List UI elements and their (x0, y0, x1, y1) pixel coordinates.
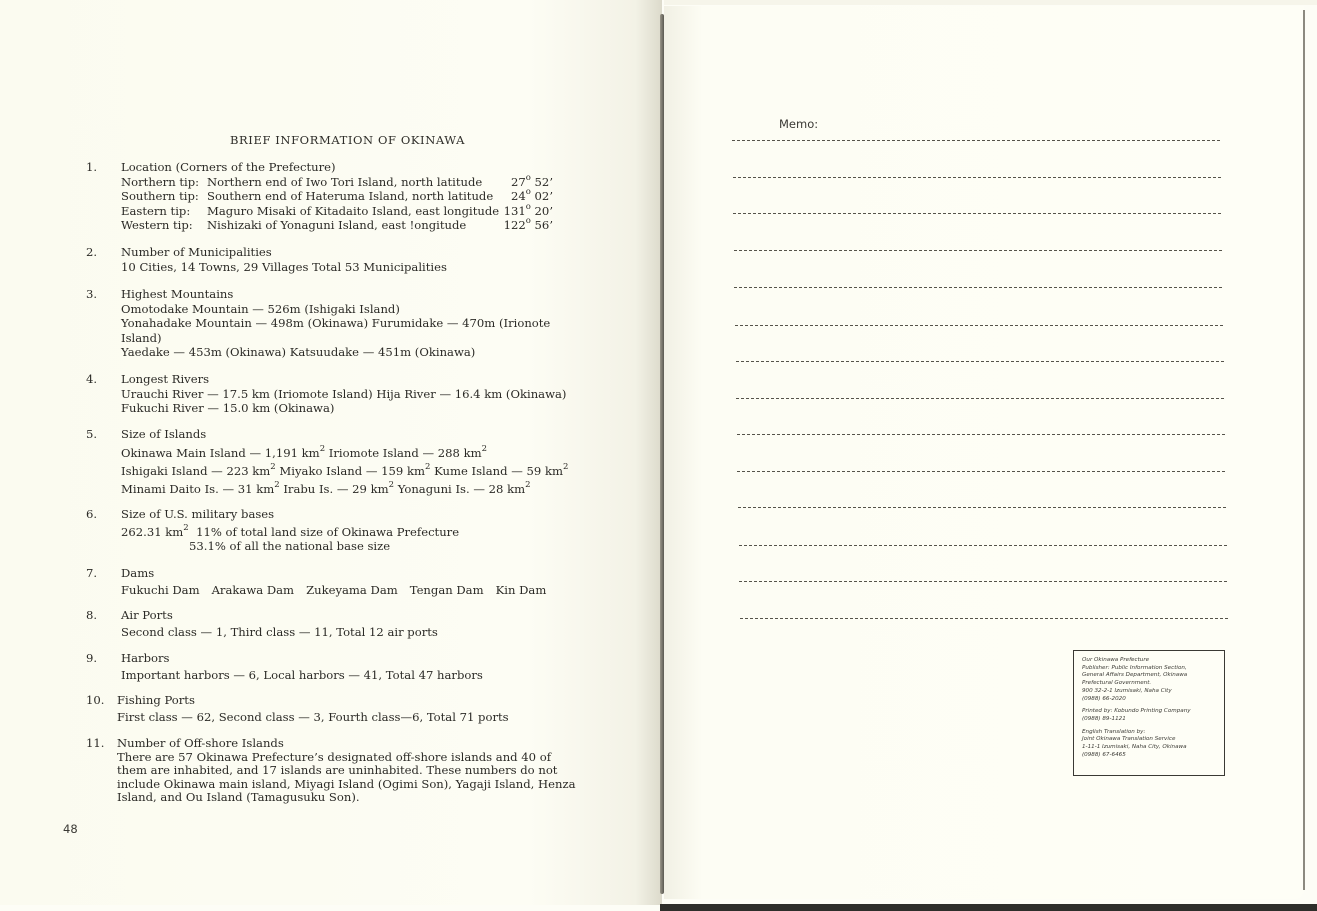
island-entry: Ishigaki Island — 223 km2 (121, 464, 276, 478)
tip-label: Western tip: (121, 218, 207, 233)
island-line: Ishigaki Island — 223 km2 Miyako Island … (121, 462, 571, 480)
memo-line[interactable] (733, 213, 1221, 214)
colophon-line: (0988) 66-2020 (1082, 696, 1224, 704)
item-text: Island) (121, 331, 571, 346)
item-heading: Longest Rivers (121, 372, 571, 387)
item-text: Island, and Ou Island (Tamagusuku Son). (117, 791, 567, 805)
island-entry: Irabu Is. — 29 km2 (280, 482, 394, 496)
base-area: 262.31 (121, 525, 162, 539)
memo-line[interactable] (736, 361, 1224, 362)
location-row: Eastern tip:Maguro Misaki of Kitadaito I… (121, 204, 571, 219)
island-line: Okinawa Main Island — 1,191 km2 Iriomote… (121, 444, 571, 462)
location-rows: Northern tip:Northern end of Iwo Tori Is… (121, 175, 571, 233)
degree-sign: o (526, 187, 531, 197)
island-entry: Kume Island — 59 km2 (430, 464, 568, 478)
colophon-line: Printed by: Kobundo Printing Company (1082, 708, 1224, 716)
item-heading: Harbors (121, 651, 571, 666)
colophon-line: Our Okinawa Prefecture (1082, 657, 1224, 665)
island-line: Minami Daito Is. — 31 km2 Irabu Is. — 29… (121, 480, 571, 498)
item-heading: Air Ports (121, 608, 571, 623)
item-number: 4. (86, 372, 116, 387)
item-number: 10. (86, 693, 116, 708)
colophon-line: Prefectural Government. (1082, 680, 1224, 688)
memo-line[interactable] (737, 471, 1225, 472)
tip-description: Northern end of Iwo Tori Island, north l… (207, 175, 503, 190)
colophon-publisher: Our Okinawa PrefecturePublisher: Public … (1082, 657, 1224, 703)
item-text: Second class — 1, Third class — 11, Tota… (121, 625, 571, 640)
unit-power: 2 (270, 462, 275, 472)
base-national-share: 53.1% of all the national base size (121, 539, 571, 554)
dam-name: Fukuchi Dam (121, 583, 200, 597)
unit-power: 2 (525, 480, 530, 490)
dam-list: Fukuchi DamArakawa DamZukeyama DamTengan… (121, 583, 571, 598)
location-row: Southern tip:Southern end of Hateruma Is… (121, 189, 571, 204)
item-number: 1. (86, 160, 116, 175)
item-number: 9. (86, 651, 116, 666)
item-text: Urauchi River — 17.5 km (Iriomote Island… (121, 387, 571, 402)
page-top-edge (664, 0, 1317, 5)
item-number: 7. (86, 566, 116, 581)
tip-label: Eastern tip: (121, 204, 207, 219)
tip-label: Northern tip: (121, 175, 207, 190)
colophon-line: (0988) 67-6465 (1082, 752, 1224, 760)
item-heading: Fishing Ports (117, 693, 567, 708)
base-area-line: 262.31 km2 11% of total land size of Oki… (121, 525, 571, 540)
item-text: First class — 62, Second class — 3, Four… (117, 710, 567, 725)
island-entry: Yonaguni Is. — 28 km2 (394, 482, 531, 496)
tip-coordinate: 122o 56’ (503, 218, 553, 233)
unit-power: 2 (274, 480, 279, 490)
item-heading: Size of U.S. military bases (121, 507, 571, 522)
tip-description: Maguro Misaki of Kitadaito Island, east … (207, 204, 503, 219)
colophon-line: General Affairs Department, Okinawa (1082, 672, 1224, 680)
tip-description: Nishizaki of Yonaguni Island, east !ongi… (207, 218, 503, 233)
item-text: Important harbors — 6, Local harbors — 4… (121, 668, 571, 683)
item-number: 3. (86, 287, 116, 302)
item-heading: Location (Corners of the Prefecture) (121, 160, 571, 175)
memo-line[interactable] (739, 545, 1227, 546)
book-spread: BRIEF INFORMATION OF OKINAWA 1. Location… (0, 0, 1317, 911)
colophon-line: 1-11-1 Izumisaki, Naha City, Okinawa (1082, 744, 1224, 752)
unit-power: 2 (563, 462, 568, 472)
item-number: 2. (86, 245, 116, 260)
memo-line[interactable] (740, 618, 1228, 619)
memo-line[interactable] (735, 325, 1223, 326)
item-text: them are inhabited, and 17 islands are u… (117, 764, 567, 778)
memo-line[interactable] (736, 398, 1224, 399)
item-text: Yonahadake Mountain — 498m (Okinawa) Fur… (121, 316, 571, 331)
degree-sign: o (526, 216, 531, 226)
dam-name: Kin Dam (496, 583, 547, 597)
item-text: There are 57 Okinawa Prefecture’s design… (117, 751, 567, 765)
memo-label: Memo: (779, 117, 818, 131)
item-text: Yaedake — 453m (Okinawa) Katsuudake — 45… (121, 345, 571, 360)
item-text: 10 Cities, 14 Towns, 29 Villages Total 5… (121, 260, 571, 275)
degree-sign: o (526, 202, 531, 212)
item-number: 5. (86, 427, 116, 442)
item-number: 6. (86, 507, 116, 522)
colophon-printer: Printed by: Kobundo Printing Company(098… (1082, 708, 1224, 723)
dam-name: Zukeyama Dam (306, 583, 398, 597)
item-heading: Dams (121, 566, 571, 581)
colophon-line: 900 32-2-1 Izumisaki, Naha City (1082, 688, 1224, 696)
memo-line[interactable] (733, 177, 1221, 178)
memo-line[interactable] (734, 287, 1222, 288)
item-heading: Number of Municipalities (121, 245, 571, 260)
item-text: Omotodake Mountain — 526m (Ishigaki Isla… (121, 302, 571, 317)
colophon-line: English Translation by: (1082, 729, 1224, 737)
colophon-line: (0988) 89-1121 (1082, 716, 1224, 724)
tip-label: Southern tip: (121, 189, 207, 204)
memo-line[interactable] (738, 507, 1226, 508)
item-text: Fukuchi River — 15.0 km (Okinawa) (121, 401, 571, 416)
colophon-line: Publisher: Public Information Section, (1082, 665, 1224, 673)
memo-line[interactable] (737, 434, 1225, 435)
item-number: 8. (86, 608, 116, 623)
right-page-edge (1303, 10, 1305, 890)
island-entry: Miyako Island — 159 km2 (276, 464, 431, 478)
memo-line[interactable] (739, 581, 1227, 582)
colophon-line: Joint Okinawa Translation Service (1082, 736, 1224, 744)
dam-name: Arakawa Dam (212, 583, 295, 597)
page-bottom-edge (660, 904, 1317, 911)
base-land-share: 11% of total land size of Okinawa Prefec… (196, 525, 459, 539)
item-heading: Size of Islands (121, 427, 571, 442)
item-text: include Okinawa main island, Miyagi Isla… (117, 778, 567, 792)
item-heading: Number of Off-shore Islands (117, 736, 567, 751)
colophon-box: Our Okinawa PrefecturePublisher: Public … (1073, 650, 1225, 776)
page-number: 48 (63, 822, 78, 836)
item-number: 11. (86, 736, 116, 751)
memo-line[interactable] (734, 250, 1222, 251)
island-entry: Iriomote Island — 288 km2 (325, 446, 487, 460)
item-heading: Highest Mountains (121, 287, 571, 302)
tip-description: Southern end of Hateruma Island, north l… (207, 189, 503, 204)
memo-line[interactable] (732, 140, 1220, 141)
location-row: Western tip:Nishizaki of Yonaguni Island… (121, 218, 571, 233)
island-entry: Okinawa Main Island — 1,191 km2 (121, 446, 325, 460)
island-entry: Minami Daito Is. — 31 km2 (121, 482, 280, 496)
page-title: BRIEF INFORMATION OF OKINAWA (230, 133, 465, 147)
island-size-lines: Okinawa Main Island — 1,191 km2 Iriomote… (121, 444, 571, 498)
location-row: Northern tip:Northern end of Iwo Tori Is… (121, 175, 571, 190)
dam-name: Tengan Dam (410, 583, 484, 597)
colophon-translation: English Translation by:Joint Okinawa Tra… (1082, 729, 1224, 760)
degree-sign: o (526, 173, 531, 183)
unit-power: 2 (482, 444, 487, 454)
